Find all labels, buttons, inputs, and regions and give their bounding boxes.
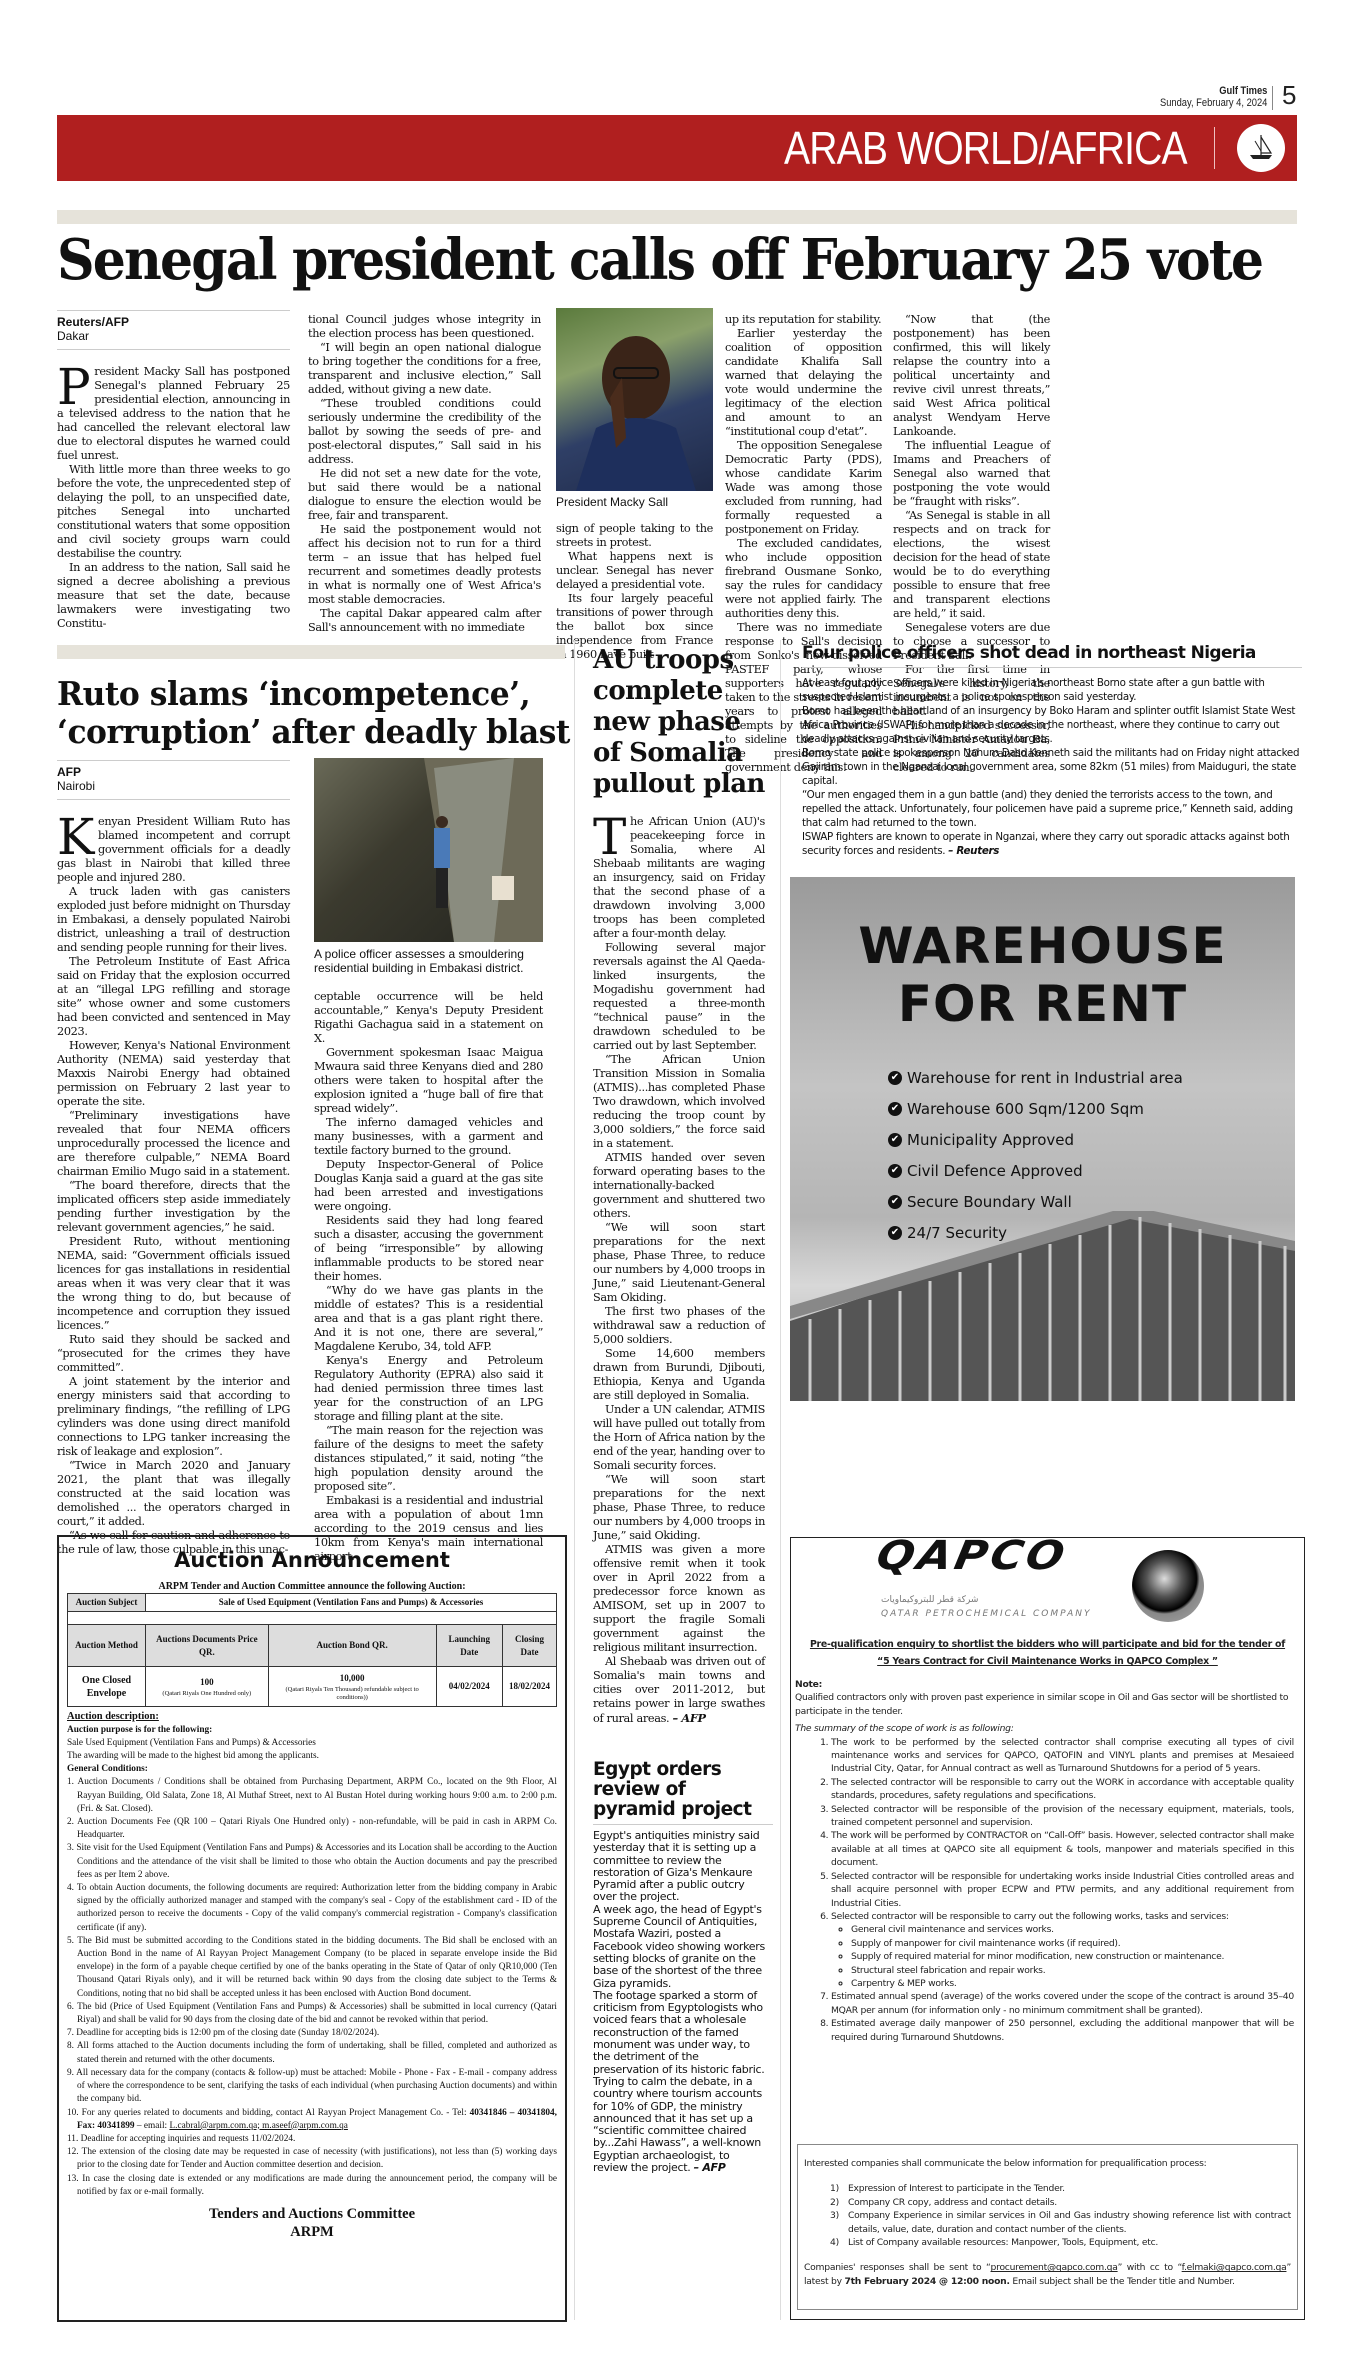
nigeria-para: Borno state police spokesperson Nahum Da… (802, 746, 1302, 788)
au-para: Under a UN calendar, ATMIS will have pul… (593, 1403, 765, 1473)
au-para: ATMIS was given a more offensive remit w… (593, 1543, 765, 1655)
nigeria-headline: Four police officers shot dead in northe… (802, 643, 1302, 668)
ruto-byline: AFP Nairobi (57, 760, 290, 800)
au-para: “We will soon start preparations for the… (593, 1221, 765, 1305)
senegal-para: “These troubled conditions could serious… (308, 397, 541, 467)
senegal-para: The opposition Senegalese Democratic Par… (725, 439, 882, 537)
check-circle-icon: ✔ (888, 1071, 902, 1085)
dropcap: T (593, 815, 630, 857)
condition-item: 3. Site visit for the Used Equipment (Ve… (67, 1842, 557, 1882)
credit: – AFP (694, 2161, 726, 2174)
info-item: 2)Company CR copy, address and contact d… (830, 2196, 1291, 2209)
qapco-logo: QAPCO شركة قطر للبتروكيماويات QATAR PETR… (877, 1550, 1177, 1620)
senegal-para: “I will begin an open national dialogue … (308, 341, 541, 397)
senegal-para: The excluded candidates, who include opp… (725, 537, 882, 621)
senegal-para: President Macky Sall has postponed Seneg… (57, 365, 290, 463)
deadline: 7th February 2024 @ 12:00 noon. (844, 2276, 1009, 2287)
section-divider (1214, 127, 1215, 169)
auction-title: Auction Announcement (67, 1546, 557, 1574)
ruto-para: Kenya's Energy and Petroleum Regulatory … (314, 1354, 543, 1424)
scope-item: The selected contractor will be responsi… (831, 1776, 1294, 1803)
service-item: Carpentry & MEP works. (851, 1977, 1294, 1990)
auction-email-links[interactable]: L.cabral@arpm.com.qa; m.aseef@arpm.com.q… (169, 2121, 347, 2131)
info-item: 3)Company Experience in similar services… (830, 2209, 1291, 2236)
ruto-para: President Ruto, without mentioning NEMA,… (57, 1235, 290, 1333)
senegal-para: What happens next is unclear. Senegal ha… (556, 550, 713, 592)
qapco-scope: Note: Qualified contractors only with pr… (795, 1678, 1294, 2044)
au-para: Some 14,600 members drawn from Burundi, … (593, 1347, 765, 1403)
egypt-body: Egypt's antiquities ministry said yester… (593, 1830, 765, 2174)
au-para: “We will soon start preparations for the… (593, 1473, 765, 1543)
section-title: ARAB WORLD/AFRICA (784, 121, 1187, 175)
senegal-para: “Now that (the postponement) has been co… (893, 313, 1050, 439)
feature-item: ✔Warehouse for rent in Industrial area (888, 1062, 1183, 1093)
dhow-icon (1237, 124, 1285, 172)
auction-conditions: 1. Auction Documents / Conditions shall … (67, 1776, 557, 2199)
condition-item: 10. For any queries related to documents… (67, 2107, 557, 2133)
headline-line: Ruto slams ‘incompetence’, (57, 674, 530, 713)
ruto-para: “The main reason for the rejection was f… (314, 1424, 543, 1494)
ruto-col-2: ceptable occurrence will be held account… (314, 990, 543, 1564)
auction-intro: ARPM Tender and Auction Committee announ… (67, 1580, 557, 1593)
ruto-para: A truck laden with gas canisters explode… (57, 885, 290, 955)
senegal-para: tional Council judges whose integrity in… (308, 313, 541, 341)
egypt-para: Egypt's antiquities ministry said yester… (593, 1830, 765, 1904)
scope-item: The work will be performed by CONTRACTOR… (831, 1829, 1294, 1869)
senegal-col-3: sign of people taking to the streets in … (556, 522, 713, 662)
prequalification-info-box: Interested companies shall communicate t… (797, 2144, 1298, 2310)
byline-agency: Reuters/AFP (57, 315, 290, 329)
condition-item: 1. Auction Documents / Conditions shall … (67, 1776, 557, 1816)
warehouse-roof-image (790, 1211, 1295, 1401)
ruto-photo (314, 758, 543, 942)
condition-item: 8. All forms attached to the Auction doc… (67, 2040, 557, 2066)
check-circle-icon: ✔ (888, 1102, 902, 1116)
senegal-para: up its reputation for stability. (725, 313, 882, 327)
headline-rule (57, 210, 1297, 224)
ruto-para: Deputy Inspector-General of Police Dougl… (314, 1158, 543, 1214)
senegal-photo-caption: President Macky Sall (556, 495, 713, 509)
egypt-para: The footage sparked a storm of criticism… (593, 1990, 765, 2076)
ruto-photo-caption: A police officer assesses a smouldering … (314, 947, 543, 975)
dropcap: P (57, 365, 94, 407)
ruto-para: ceptable occurrence will be held account… (314, 990, 543, 1046)
egypt-headline: Egypt orders review of pyramid project (593, 1760, 773, 1825)
scope-item: Selected contractor will be responsible … (831, 1870, 1294, 1910)
byline-dateline: Nairobi (57, 779, 290, 793)
ruto-para: Ruto said they should be sacked and “pro… (57, 1333, 290, 1375)
column-divider (574, 640, 575, 2320)
au-para: The African Union (AU)'s peacekeeping fo… (593, 815, 765, 941)
check-circle-icon: ✔ (888, 1195, 902, 1209)
au-para: “The African Union Transition Mission in… (593, 1053, 765, 1151)
ruto-para: The Petroleum Institute of East Africa s… (57, 955, 290, 1039)
prequalification-title: Pre-qualification enquiry to shortlist t… (791, 1636, 1304, 1670)
service-item: Supply of required material for minor mo… (851, 1950, 1294, 1963)
cc-email-link[interactable]: f.elmaki@qapco.com.qa (1182, 2262, 1287, 2273)
nigeria-body: At least four police officers were kille… (802, 676, 1302, 858)
auction-table-row: One Closed Envelope 100(Qatari Riyals On… (68, 1667, 557, 1707)
response-instructions: Companies' responses shall be sent to “p… (804, 2261, 1291, 2288)
egypt-para: Trying to calm the debate, in a country … (593, 2076, 765, 2174)
condition-item: 7. Deadline for accepting bids is 12:00 … (67, 2027, 557, 2040)
qapco-globe-icon (1132, 1550, 1204, 1622)
scope-item: Estimated annual spend (average) of the … (831, 1990, 1294, 2017)
condition-item: 6. The bid (Price of Used Equipment (Ven… (67, 2001, 557, 2027)
condition-item: 13. In case the closing date is extended… (67, 2173, 557, 2199)
scope-item: Estimated average daily manpower of 250 … (831, 2017, 1294, 2044)
senegal-byline: Reuters/AFP Dakar (57, 310, 290, 350)
masthead-divider (1272, 86, 1273, 110)
au-body: The African Union (AU)'s peacekeeping fo… (593, 815, 765, 1726)
feature-item: ✔Civil Defence Approved (888, 1155, 1183, 1186)
ruto-para: “Why do we have gas plants in the middle… (314, 1284, 543, 1354)
ruto-para: The inferno damaged vehicles and many bu… (314, 1116, 543, 1158)
condition-item: 4. To obtain Auction documents, the foll… (67, 1882, 557, 1935)
au-headline: AU troops complete new phase of Somalia … (593, 645, 773, 800)
senegal-para: He did not set a new date for the vote, … (308, 467, 541, 523)
nigeria-para: ISWAP fighters are known to operate in N… (802, 830, 1302, 858)
procurement-email-link[interactable]: procurement@qapco.com.qa (991, 2262, 1118, 2273)
condition-item: 2. Auction Documents Fee (QR 100 – Qatar… (67, 1816, 557, 1842)
check-circle-icon: ✔ (888, 1133, 902, 1147)
condition-item: 12. The extension of the closing date ma… (67, 2146, 557, 2172)
scope-item: The work to be performed by the selected… (831, 1736, 1294, 1776)
scope-item: Selected contractor will be responsible … (831, 1803, 1294, 1830)
warehouse-ad[interactable]: WAREHOUSE FOR RENT ✔Warehouse for rent i… (790, 877, 1295, 1401)
ruto-para: “Twice in March 2020 and January 2021, t… (57, 1459, 290, 1529)
nigeria-para: Borno has been the heartland of an insur… (802, 704, 1302, 746)
credit: – Reuters (948, 845, 999, 857)
publication-name: Gulf Times (1160, 85, 1267, 97)
condition-item: 9. All necessary data for the company (c… (67, 2067, 557, 2107)
senegal-para: The influential League of Imams and Prea… (893, 439, 1050, 509)
senegal-para: With little more than three weeks to go … (57, 463, 290, 561)
auction-signature: Tenders and Auctions Committee ARPM (67, 2205, 557, 2241)
info-item: 1)Expression of Interest to participate … (830, 2182, 1291, 2195)
senegal-para: He said the postponement would not affec… (308, 523, 541, 607)
ruto-para: A joint statement by the interior and en… (57, 1375, 290, 1459)
section-banner: ARAB WORLD/AFRICA (57, 115, 1297, 181)
byline-dateline: Dakar (57, 329, 290, 343)
service-item: Supply of manpower for civil maintenance… (851, 1937, 1294, 1950)
condition-item: 5. The Bid must be submitted according t… (67, 1935, 557, 2001)
service-item: Structural steel fabrication and repair … (851, 1964, 1294, 1977)
senegal-photo (556, 308, 713, 491)
senegal-para: “As Senegal is stable in all respects an… (893, 509, 1050, 621)
ruto-para: “The board therefore, directs that the i… (57, 1179, 290, 1235)
senegal-para: In an address to the nation, Sall said h… (57, 561, 290, 631)
feature-item: ✔Warehouse 600 Sqm/1200 Sqm (888, 1093, 1183, 1124)
service-item: General civil maintenance and services w… (851, 1923, 1294, 1936)
headline-line: ‘corruption’ after deadly blast (57, 712, 570, 751)
info-item: 4)List of Company available resources: M… (830, 2236, 1291, 2249)
scope-list: The work to be performed by the selected… (795, 1736, 1294, 2044)
au-para: ATMIS handed over seven forward operatin… (593, 1151, 765, 1221)
ruto-col-1: Kenyan President William Ruto has blamed… (57, 815, 290, 1557)
nigeria-para: “Our men engaged them in a gun battle (a… (802, 788, 1302, 830)
page-number: 5 (1282, 80, 1296, 111)
nigeria-para: At least four police officers were kille… (802, 676, 1302, 704)
auction-table: Auction Subject Sale of Used Equipment (… (67, 1593, 557, 1707)
ruto-rule (57, 645, 565, 659)
services-list: General civil maintenance and services w… (831, 1923, 1294, 1990)
ruto-para: “Preliminary investigations have reveale… (57, 1109, 290, 1179)
condition-item: 11. Deadline for accepting inquiries and… (67, 2133, 557, 2146)
issue-date: Sunday, February 4, 2024 (1160, 97, 1267, 109)
ruto-para: Kenyan President William Ruto has blamed… (57, 815, 290, 885)
au-para: Following several major reversals agains… (593, 941, 765, 1053)
au-para: Al Shebaab was driven out of Somalia's m… (593, 1655, 765, 1726)
senegal-headline: Senegal president calls off February 25 … (57, 228, 1262, 292)
ruto-para: Government spokesman Isaac Maigua Mwaura… (314, 1046, 543, 1116)
info-list: 1)Expression of Interest to participate … (804, 2182, 1291, 2249)
qapco-tender-ad: QAPCO شركة قطر للبتروكيماويات QATAR PETR… (790, 1537, 1305, 2320)
check-circle-icon: ✔ (888, 1164, 902, 1178)
credit: – AFP (673, 1711, 706, 1725)
publication-info: Gulf Times Sunday, February 4, 2024 (1160, 85, 1267, 109)
egypt-para: A week ago, the head of Egypt's Supreme … (593, 1904, 765, 1990)
senegal-para: sign of people taking to the streets in … (556, 522, 713, 550)
ruto-headline: Ruto slams ‘incompetence’, ‘corruption’ … (57, 675, 570, 751)
senegal-col-1: President Macky Sall has postponed Seneg… (57, 365, 290, 631)
dropcap: K (57, 815, 98, 857)
auction-announcement-ad: Auction Announcement ARPM Tender and Auc… (57, 1535, 567, 2322)
au-para: The first two phases of the withdrawal s… (593, 1305, 765, 1347)
senegal-col-2: tional Council judges whose integrity in… (308, 313, 541, 635)
scope-item: Selected contractor will be responsible … (831, 1910, 1294, 1990)
auction-description-label: Auction description: (67, 1710, 557, 1723)
warehouse-title: WAREHOUSE FOR RENT (790, 917, 1295, 1033)
senegal-para: The capital Dakar appeared calm after Sa… (308, 607, 541, 635)
feature-item: ✔Municipality Approved (888, 1124, 1183, 1155)
senegal-para: Earlier yesterday the coalition of oppos… (725, 327, 882, 439)
ruto-para: However, Kenya's National Environment Au… (57, 1039, 290, 1109)
ruto-para: Residents said they had long feared such… (314, 1214, 543, 1284)
column-divider (780, 640, 781, 2320)
byline-agency: AFP (57, 765, 290, 779)
